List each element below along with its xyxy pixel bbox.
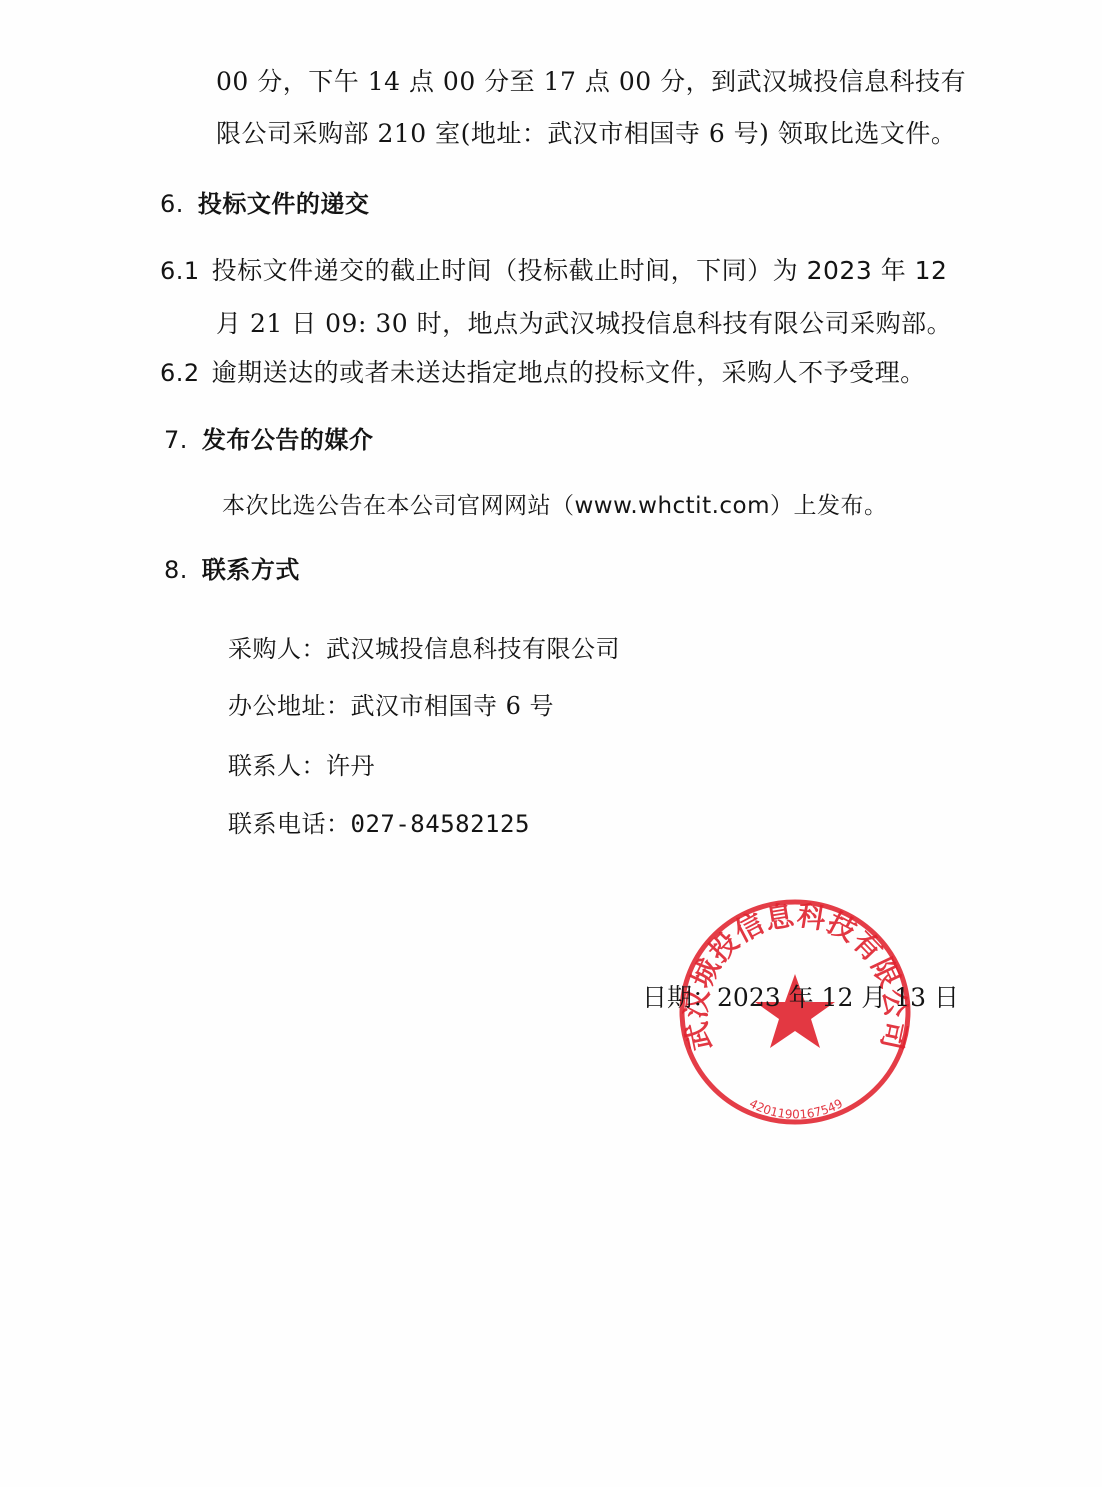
section-title: 发布公告的媒介: [202, 426, 374, 454]
item-text: 逾期送达的或者未送达指定地点的投标文件，采购人不予受理。: [212, 358, 926, 387]
contact-phone: 联系电话：027-84582125: [228, 808, 530, 840]
item-number: 6.1: [160, 255, 200, 287]
seal-text: 武汉城投信息科技有限公司: [679, 899, 913, 1054]
seal-serial: 4201190167549: [747, 1096, 845, 1121]
section-7-heading: 7.发布公告的媒介: [164, 424, 373, 456]
contact-label: 联系人：: [228, 752, 326, 780]
contact-purchaser: 采购人：武汉城投信息科技有限公司: [228, 633, 620, 665]
item-text: 投标文件递交的截止时间（投标截止时间，下同）为 2023 年 12: [212, 256, 948, 285]
contact-person: 联系人：许丹: [228, 750, 375, 782]
item-6-1-line-1: 6.1投标文件递交的截止时间（投标截止时间，下同）为 2023 年 12: [160, 255, 947, 287]
continuation-line-2: 限公司采购部 210 室(地址：武汉市相国寺 6 号) 领取比选文件。: [216, 118, 956, 150]
contact-value: 武汉市相国寺 6 号: [351, 692, 555, 720]
section-8-heading: 8.联系方式: [164, 554, 300, 586]
contact-address: 办公地址：武汉市相国寺 6 号: [228, 690, 554, 722]
svg-text:4201190167549: 4201190167549: [747, 1096, 845, 1121]
section-number: 6.: [160, 188, 184, 220]
contact-value: 027-84582125: [351, 810, 530, 838]
item-6-2: 6.2逾期送达的或者未送达指定地点的投标文件，采购人不予受理。: [160, 357, 926, 389]
contact-label: 联系电话：: [228, 810, 351, 838]
svg-text:武汉城投信息科技有限公司: 武汉城投信息科技有限公司: [679, 899, 913, 1054]
item-6-1-line-2: 月 21 日 09: 30 时，地点为武汉城投信息科技有限公司采购部。: [216, 308, 952, 340]
date-value: 2023 年 12 月 13 日: [717, 983, 959, 1012]
publication-media-text: 本次比选公告在本公司官网网站（www.whctit.com）上发布。: [222, 490, 888, 522]
document-page: 00 分，下午 14 点 00 分至 17 点 00 分，到武汉城投信息科技有 …: [0, 0, 1102, 1487]
section-title: 联系方式: [202, 556, 300, 584]
contact-label: 办公地址：: [228, 692, 351, 720]
date-label: 日期：: [642, 983, 717, 1012]
section-number: 7.: [164, 424, 188, 456]
section-title: 投标文件的递交: [198, 190, 370, 218]
section-6-heading: 6.投标文件的递交: [160, 188, 369, 220]
contact-value: 武汉城投信息科技有限公司: [326, 635, 620, 663]
document-date: 日期：2023 年 12 月 13 日: [642, 982, 959, 1014]
contact-value: 许丹: [326, 752, 375, 780]
continuation-line-1: 00 分，下午 14 点 00 分至 17 点 00 分，到武汉城投信息科技有: [216, 66, 966, 98]
contact-label: 采购人：: [228, 635, 326, 663]
item-number: 6.2: [160, 357, 200, 389]
section-number: 8.: [164, 554, 188, 586]
